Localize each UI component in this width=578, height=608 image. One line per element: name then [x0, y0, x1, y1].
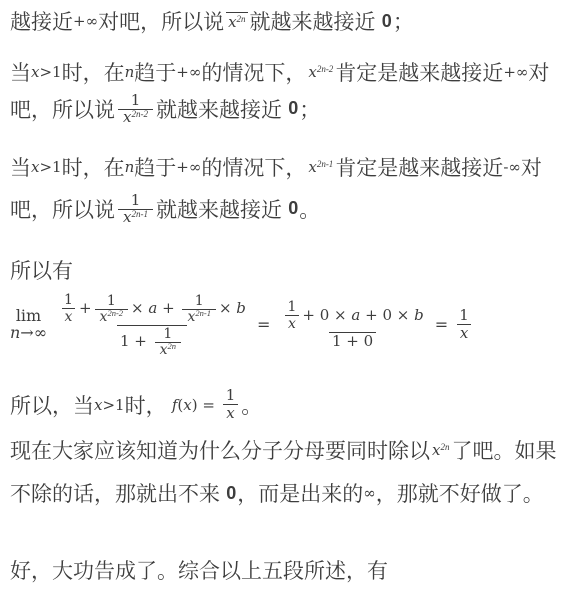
text-segment: 当 [10, 57, 31, 87]
math-text-segment: ∞ [363, 484, 376, 502]
superscript-term: x2n-2 [123, 110, 148, 125]
text-segment: 的情况下， [201, 152, 306, 182]
superscript-term: x2n-2 [100, 310, 124, 324]
math-text-segment: +∞ [176, 63, 201, 81]
math-text-segment: >1 [39, 63, 61, 81]
math-text-segment: -∞ [503, 158, 521, 176]
math-text-segment: 0 [381, 11, 393, 32]
math-text-segment: 1 [195, 293, 204, 309]
text-segment: ，而是出来的 [237, 478, 363, 508]
para-line-2: 当x>1时，在n趋于+∞的情况下，x2n-2肯定是越来越接近+∞对 [10, 57, 549, 87]
math-text-segment: x [31, 158, 39, 176]
fraction-denominator: x2n-1 [182, 309, 216, 324]
math-text-segment: 0 [225, 483, 237, 504]
math-text-segment: 0 [287, 198, 299, 219]
limit-subscript: n→∞ [10, 325, 47, 341]
math-exponent: 2n [440, 442, 449, 452]
math-text-segment: 1 [287, 299, 296, 315]
text-segment: 时，在 [62, 57, 125, 87]
fraction-denominator: x2n-2 [118, 109, 153, 125]
math-text-segment: 1 + [120, 333, 152, 350]
para-line-8: 现在大家应该知道为什么分子分母要同时除以x2n了吧。如果 [10, 435, 556, 465]
text-segment: 吧，所以说 [10, 94, 115, 124]
math-text-segment: × [131, 300, 148, 317]
math-text-segment: 1 [226, 387, 236, 404]
text-segment: 时，在 [62, 152, 125, 182]
document-page: 越接近+∞对吧，所以说x2n就越来越接近 0；当x>1时，在n趋于+∞的情况下，… [0, 0, 578, 608]
math-base: x [187, 310, 195, 324]
text-segment: 越接近 [10, 6, 73, 36]
superscript-term: x2n [432, 443, 449, 458]
math-text-segment: >1 [102, 396, 124, 414]
text-segment: 趋于 [134, 152, 176, 182]
superscript-term: x2n-1 [187, 310, 211, 324]
math-text-segment: 1 [131, 92, 141, 109]
fraction-denominator: x [223, 404, 237, 422]
math-text-segment: 1 [163, 326, 172, 342]
math-text-segment: = [252, 315, 276, 334]
math-text-segment: 1 + 0 [332, 333, 373, 350]
para-line-4: 当x>1时，在n趋于+∞的情况下，x2n-1肯定是越来越接近-∞对 [10, 152, 542, 182]
math-text-segment: x [226, 405, 234, 422]
math-base: x [308, 160, 316, 175]
fraction-denominator: x2n [155, 342, 181, 357]
fraction: 1x2n-1 [118, 192, 153, 225]
fraction-numerator: 1x+1x2n-2× a + 1x2n-1× b [55, 292, 249, 325]
math-base: x [432, 443, 440, 458]
math-text-segment: × [219, 300, 236, 317]
fraction: 1x+ 0 × a + 0 × b1 + 0 [278, 299, 426, 350]
superscript-term: x2n [160, 343, 176, 357]
text-segment: 对吧，所以说 [98, 6, 224, 36]
text-segment: 所以，当 [10, 390, 94, 420]
math-text-segment: = [430, 315, 454, 334]
math-text-segment: 1 [64, 292, 73, 308]
math-exponent: 2n-2 [107, 309, 123, 319]
math-exponent: 2n-1 [131, 209, 148, 219]
text-segment: 对 [521, 152, 542, 182]
fraction-denominator: x2n-2 [95, 309, 129, 324]
fraction: 1x2n-2 [118, 92, 153, 125]
para-line-7: 所以，当x>1时， f(x) = 1x。 [10, 387, 262, 423]
math-text-segment: + 0 × [360, 307, 414, 324]
para-line-5: 吧，所以说1x2n-1就越来越接近 0。 [10, 192, 320, 225]
fraction: 1x2n [155, 326, 181, 357]
text-segment: ； [299, 94, 320, 124]
para-line-9: 不除的话，那就出不来 0，而是出来的∞，那就不好做了。 [10, 478, 544, 508]
text-segment: 。 [241, 390, 262, 420]
fraction: 1x2n-1 [182, 293, 216, 324]
fraction-numerator: 1 [128, 192, 144, 209]
text-segment: 肯定是越来越接近 [335, 57, 503, 87]
text-segment: 当 [10, 152, 31, 182]
fraction: 1x [456, 307, 472, 343]
math-text-segment: +∞ [503, 63, 528, 81]
para-line-10: 好，大功告成了。综合以上五段所述，有 [10, 555, 388, 585]
limit-label: lim [16, 308, 41, 324]
text-segment: 不除的话，那就出不来 [10, 478, 225, 508]
text-segment: 了吧。如果 [451, 435, 556, 465]
fraction-denominator: x [62, 308, 76, 325]
math-exponent: 2n-1 [317, 159, 334, 169]
math-text-segment: +∞ [73, 12, 98, 30]
math-text-segment: +∞ [176, 158, 201, 176]
math-text-segment: 1 [107, 293, 116, 309]
text-segment: 肯定是越来越接近 [335, 152, 503, 182]
para-line-3: 吧，所以说1x2n-2就越来越接近 0； [10, 92, 320, 125]
text-segment: ； [393, 6, 414, 36]
fraction-denominator: x2n-1 [118, 209, 153, 225]
math-text-segment: n [125, 158, 135, 176]
fraction-denominator: x [285, 315, 299, 332]
math-exponent: 2n-1 [195, 309, 211, 319]
text-segment: 就越来越接近 [156, 94, 287, 124]
math-text-segment: x [288, 316, 296, 332]
limit-operator: limn→∞ [10, 308, 47, 341]
para-line-1: 越接近+∞对吧，所以说x2n就越来越接近 0； [10, 6, 414, 36]
text-segment: 吧，所以说 [10, 194, 115, 224]
text-segment: 所以有 [10, 255, 73, 285]
fraction-numerator: 1 [128, 92, 144, 109]
fraction: 1x [223, 387, 239, 423]
fraction-numerator: 1 [104, 293, 119, 309]
fraction: 1x [61, 292, 76, 325]
math-base: x [100, 310, 108, 324]
superscript-term: x2n [226, 12, 247, 30]
math-exponent: 2n [168, 342, 177, 352]
fraction-numerator: 1 [192, 293, 207, 309]
math-text-segment: + 0 × [302, 307, 351, 324]
text-segment: 现在大家应该知道为什么分子分母要同时除以 [10, 435, 430, 465]
math-text-segment: x [94, 396, 102, 414]
math-exponent: 2n-2 [317, 64, 334, 74]
text-segment: 对 [528, 57, 549, 87]
math-text-segment: a [351, 307, 360, 324]
formula-line: limn→∞1x+1x2n-2× a + 1x2n-1× b1 + 1x2n =… [10, 292, 475, 357]
math-base: x [123, 210, 131, 225]
math-text-segment: 0 [287, 98, 299, 119]
math-text-segment: x [65, 309, 73, 325]
text-segment: 趋于 [134, 57, 176, 87]
text-segment: 就越来越接近 [156, 194, 287, 224]
math-base: x [308, 65, 316, 80]
math-text-segment: ) = [192, 396, 220, 414]
text-segment: 。 [299, 194, 320, 224]
math-text-segment: b [236, 300, 246, 317]
superscript-term: x2n-2 [308, 65, 333, 80]
fraction-numerator: 1x+ 0 × a + 0 × b [278, 299, 426, 332]
math-base: x [123, 110, 131, 125]
fraction-denominator: 1 + 0 [329, 332, 376, 350]
para-line-6: 所以有 [10, 255, 73, 285]
text-segment: 时， [125, 390, 172, 420]
math-text-segment: + [79, 300, 92, 317]
math-text-segment: n [125, 63, 135, 81]
fraction-denominator: x [457, 324, 471, 342]
fraction-numerator: 1 [284, 299, 299, 315]
fraction-numerator: 1 [61, 292, 76, 308]
superscript-term: x2n-1 [308, 160, 333, 175]
fraction: 1x+1x2n-2× a + 1x2n-1× b1 + 1x2n [55, 292, 249, 357]
math-text-segment: a [148, 300, 157, 317]
math-base: x [160, 343, 168, 357]
math-text-segment: x [31, 63, 39, 81]
math-text-segment: + [157, 300, 179, 317]
math-text-segment: x [460, 325, 468, 342]
text-segment: 就越来越接近 [250, 6, 381, 36]
superscript-term: x2n-1 [123, 210, 148, 225]
math-base: x [228, 15, 236, 30]
math-exponent: 2n-2 [131, 109, 148, 119]
fraction-numerator: 1 [456, 307, 472, 324]
fraction-numerator: 1 [160, 326, 175, 342]
text-segment: 的情况下， [201, 57, 306, 87]
math-text-segment: 1 [459, 307, 469, 324]
math-text-segment: b [414, 307, 424, 324]
text-segment: 好，大功告成了。综合以上五段所述，有 [10, 555, 388, 585]
fraction: 1x2n-2 [95, 293, 129, 324]
fraction-numerator: 1 [223, 387, 239, 404]
fraction-denominator: 1 + 1x2n [117, 325, 187, 357]
math-exponent: 2n [237, 14, 246, 24]
fraction: 1x [284, 299, 299, 332]
text-segment: ，那就不好做了。 [376, 478, 544, 508]
math-text-segment: x [183, 396, 191, 414]
math-text-segment: >1 [39, 158, 61, 176]
math-text-segment: 1 [131, 192, 141, 209]
